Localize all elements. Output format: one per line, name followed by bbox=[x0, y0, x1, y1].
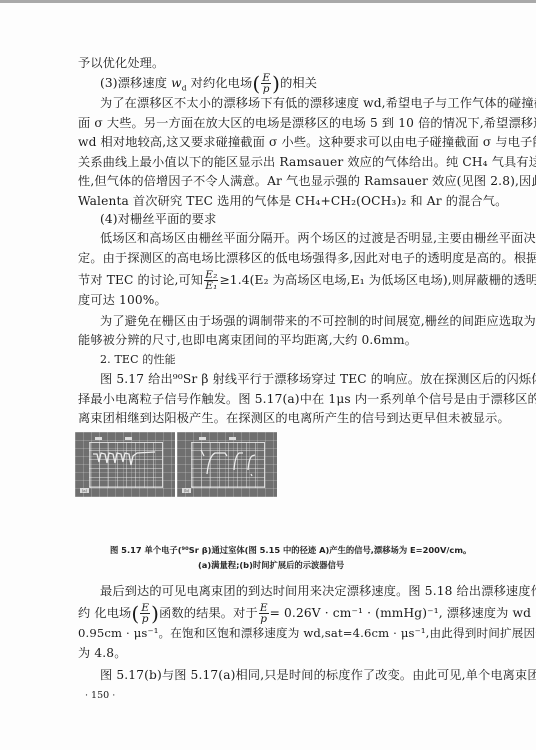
left-paren: ( bbox=[131, 602, 139, 626]
figure-caption-line2: (a)满量程;(b)时间扩展后的示波器信号 bbox=[198, 559, 344, 571]
right-paren: ) bbox=[272, 72, 280, 96]
paragraph-line: 关系曲线上最小值以下的能区显示出 Ramsauer 效应的气体给出。纯 CH₄ … bbox=[78, 153, 490, 171]
signal-trace bbox=[177, 432, 277, 497]
paragraph-line: 为了避免在栅区由于场强的调制带来的不可控制的时间展宽,栅丝的间距应选取为 bbox=[100, 312, 490, 330]
fraction-e2-over-e1: E₂E₁ bbox=[204, 270, 218, 291]
paragraph-line: 面 σ 大些。另一方面在放大区的电场是漂移区的电场 5 到 10 倍的情况下,希… bbox=[78, 114, 490, 132]
paragraph-line: 能够被分辨的尺寸,也即电离束团间的平均距离,大约 0.6mm。 bbox=[78, 331, 490, 349]
subsection-heading-4: (4)对栅丝平面的要求 bbox=[100, 210, 490, 228]
figure-caption-line1: 图 5.17 单个电子(⁹⁰Sr β)通过室体(图 5.15 中的径迹 A)产生… bbox=[110, 544, 471, 556]
text: 约 化电场 bbox=[78, 606, 131, 620]
paragraph-line: 图 5.17 给出⁹⁰Sr β 射线平行于漂移场穿过 TEC 的响应。放在探测区… bbox=[100, 370, 490, 388]
left-paren: ( bbox=[252, 72, 260, 96]
paragraph-line: 节对 TEC 的讨论,可知E₂E₁≥1.4(E₂ 为高场区电场,E₁ 为低场区电… bbox=[78, 270, 490, 291]
paragraph-line: 图 5.17(b)与图 5.17(a)相同,只是时间的标度作了改变。由此可见,单… bbox=[100, 666, 490, 684]
paragraph-line: 择最小电离粒子信号作触发。图 5.17(a)中在 1μs 内一系列单个信号是由于… bbox=[78, 390, 490, 408]
denominator: E₁ bbox=[204, 281, 218, 291]
denominator: p bbox=[259, 614, 269, 624]
fraction-e-over-p: Ep bbox=[140, 603, 150, 624]
heading-text: 对约化电场 bbox=[187, 76, 253, 90]
heading-text: 的相关 bbox=[280, 76, 317, 90]
text: ≥1.4(E₂ 为高场区电场,E₁ 为低场区电场),则屏蔽栅的透明 bbox=[219, 273, 536, 287]
paragraph-line: 约 化电场(Ep)函数的结果。对于Ep= 0.26V · cm⁻¹ · (mmH… bbox=[78, 603, 490, 624]
denominator: p bbox=[140, 614, 150, 624]
text: = 0.26V · cm⁻¹ · (mmHg)⁻¹, 漂移速度为 wd = bbox=[270, 606, 536, 620]
paragraph-line: 为了在漂移区不太小的漂移场下有低的漂移速度 wd,希望电子与工作气体的碰撞截 bbox=[100, 94, 490, 112]
paragraph-line: Walenta 首次研究 TEC 选用的气体是 CH₄+CH₂(OCH₃)₂ 和… bbox=[78, 192, 490, 210]
subsection-heading-3: (3)漂移速度 wd 对约化电场(Ep)的相关 bbox=[100, 73, 490, 94]
figure-panel-a: (a) bbox=[75, 432, 175, 497]
figure-panel-b: (b) bbox=[177, 432, 277, 497]
fraction-e-over-p: Ep bbox=[259, 603, 269, 624]
paragraph-line: 低场区和高场区由栅丝平面分隔开。两个场区的过渡是否明显,主要由栅丝平面决 bbox=[100, 229, 490, 247]
right-paren: ) bbox=[151, 602, 159, 626]
paragraph-line: 予以优化处理。 bbox=[78, 54, 490, 72]
paragraph-line: 性,但气体的倍增因子不令人满意。Ar 气也显示强的 Ramsauer 效应(见图… bbox=[78, 172, 490, 190]
paragraph-line: 最后到达的可见电离束团的到达时间用来决定漂移速度。图 5.18 给出漂移速度作为 bbox=[100, 582, 490, 600]
paragraph-line: 为 4.8。 bbox=[78, 644, 490, 662]
paragraph-line: 0.95cm · μs⁻¹。在饱和区饱和漂移速度为 wd,sat=4.6cm ·… bbox=[78, 624, 490, 642]
heading-text: (3)漂移速度 bbox=[100, 76, 171, 90]
signal-trace bbox=[75, 432, 175, 497]
page-number: · 150 · bbox=[85, 690, 115, 702]
panel-label-b: (b) bbox=[182, 488, 191, 493]
paragraph-line: 离束团相继到达阳极产生。在探测区的电离所产生的信号到达更早但未被显示。 bbox=[78, 409, 490, 427]
paragraph-line: 度可达 100%。 bbox=[78, 291, 490, 309]
var-w: w bbox=[171, 76, 182, 90]
paragraph-line: wd 相对地较高,这又要求碰撞截面 σ 小些。这种要求可以由电子碰撞截面 σ 与… bbox=[78, 133, 490, 151]
section-heading-2: 2. TEC 的性能 bbox=[100, 351, 490, 369]
text: 函数的结果。对于 bbox=[159, 606, 258, 620]
paragraph-line: 定。由于探测区的高电场比漂移区的低电场强得多,因此对电子的透明度是高的。根据前 bbox=[78, 249, 490, 267]
denominator: p bbox=[261, 84, 271, 94]
text: 节对 TEC 的讨论,可知 bbox=[78, 273, 203, 287]
fraction-e-over-p: Ep bbox=[261, 73, 271, 94]
document-page: 予以优化处理。 (3)漂移速度 wd 对约化电场(Ep)的相关 为了在漂移区不太… bbox=[0, 0, 536, 750]
panel-label-a: (a) bbox=[80, 488, 89, 493]
